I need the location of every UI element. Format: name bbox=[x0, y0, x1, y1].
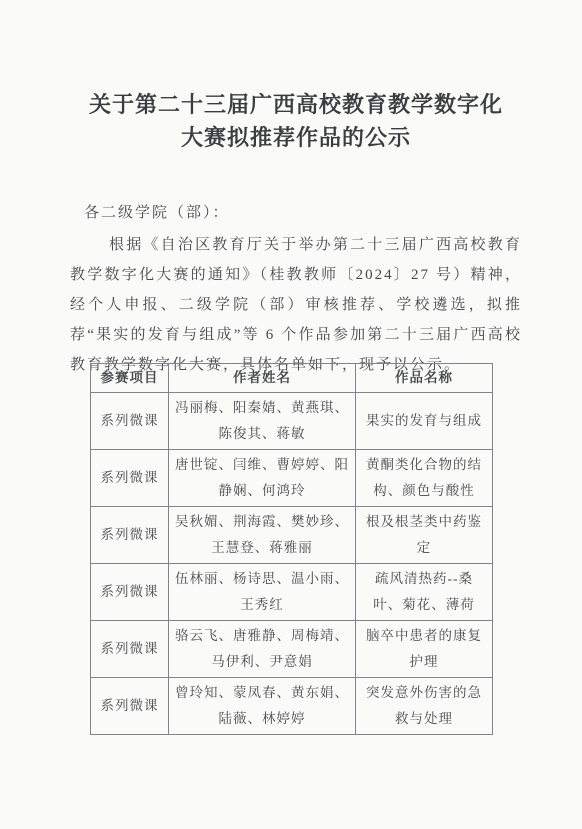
column-header-category: 参赛项目 bbox=[91, 364, 169, 393]
work-cell: 疏风清热药--桑叶、菊花、薄荷 bbox=[356, 564, 493, 621]
document-page: 关于第二十三届广西高校教育教学数字化 大赛拟推荐作品的公示 各二级学院（部）： … bbox=[0, 0, 582, 829]
authors-cell: 吴秋媚、荆海霞、樊妙珍、王慧登、蒋雅丽 bbox=[169, 507, 356, 564]
table-row: 系列微课 吴秋媚、荆海霞、樊妙珍、王慧登、蒋雅丽 根及根茎类中药鉴定 bbox=[91, 507, 493, 564]
body-paragraph: 根据《自治区教育厅关于举办第二十三届广西高校教育教学数字化大赛的通知》（桂教教师… bbox=[70, 230, 522, 380]
authors-cell: 冯丽梅、阳秦婧、黄燕琪、陈俊其、蒋敏 bbox=[169, 393, 356, 450]
table-row: 系列微课 曾玲知、蒙凤春、黄东娟、陆薇、林婷婷 突发意外伤害的急救与处理 bbox=[91, 678, 493, 735]
column-header-work: 作品名称 bbox=[356, 364, 493, 393]
work-cell: 黄酮类化合物的结构、颜色与酸性 bbox=[356, 450, 493, 507]
authors-cell: 曾玲知、蒙凤春、黄东娟、陆薇、林婷婷 bbox=[169, 678, 356, 735]
category-cell: 系列微课 bbox=[91, 507, 169, 564]
work-cell: 根及根茎类中药鉴定 bbox=[356, 507, 493, 564]
notice-table: 参赛项目 作者姓名 作品名称 系列微课 冯丽梅、阳秦婧、黄燕琪、陈俊其、蒋敏 果… bbox=[90, 363, 493, 735]
column-header-authors: 作者姓名 bbox=[169, 364, 356, 393]
notice-title-line1: 关于第二十三届广西高校教育教学数字化 bbox=[89, 92, 503, 117]
table-row: 系列微课 伍林丽、杨诗思、温小雨、王秀红 疏风清热药--桑叶、菊花、薄荷 bbox=[91, 564, 493, 621]
table-row: 系列微课 唐世锭、闫维、曹婷婷、阳静娴、何鸿玲 黄酮类化合物的结构、颜色与酸性 bbox=[91, 450, 493, 507]
document-content: 关于第二十三届广西高校教育教学数字化 大赛拟推荐作品的公示 各二级学院（部）： … bbox=[70, 0, 522, 380]
category-cell: 系列微课 bbox=[91, 450, 169, 507]
category-cell: 系列微课 bbox=[91, 564, 169, 621]
work-cell: 突发意外伤害的急救与处理 bbox=[356, 678, 493, 735]
work-cell: 脑卒中患者的康复护理 bbox=[356, 621, 493, 678]
work-cell: 果实的发育与组成 bbox=[356, 393, 493, 450]
table-row: 系列微课 冯丽梅、阳秦婧、黄燕琪、陈俊其、蒋敏 果实的发育与组成 bbox=[91, 393, 493, 450]
category-cell: 系列微课 bbox=[91, 678, 169, 735]
notice-table-body: 系列微课 冯丽梅、阳秦婧、黄燕琪、陈俊其、蒋敏 果实的发育与组成 系列微课 唐世… bbox=[91, 393, 493, 735]
category-cell: 系列微课 bbox=[91, 621, 169, 678]
notice-title-line2: 大赛拟推荐作品的公示 bbox=[181, 125, 411, 150]
notice-title: 关于第二十三届广西高校教育教学数字化 大赛拟推荐作品的公示 bbox=[70, 88, 522, 154]
category-cell: 系列微课 bbox=[91, 393, 169, 450]
table-row: 系列微课 骆云飞、唐雅静、周梅靖、马伊利、尹意娟 脑卒中患者的康复护理 bbox=[91, 621, 493, 678]
authors-cell: 伍林丽、杨诗思、温小雨、王秀红 bbox=[169, 564, 356, 621]
header-row: 参赛项目 作者姓名 作品名称 bbox=[91, 364, 493, 393]
salutation: 各二级学院（部）： bbox=[70, 198, 522, 228]
notice-table-header: 参赛项目 作者姓名 作品名称 bbox=[91, 364, 493, 393]
authors-cell: 唐世锭、闫维、曹婷婷、阳静娴、何鸿玲 bbox=[169, 450, 356, 507]
authors-cell: 骆云飞、唐雅静、周梅靖、马伊利、尹意娟 bbox=[169, 621, 356, 678]
